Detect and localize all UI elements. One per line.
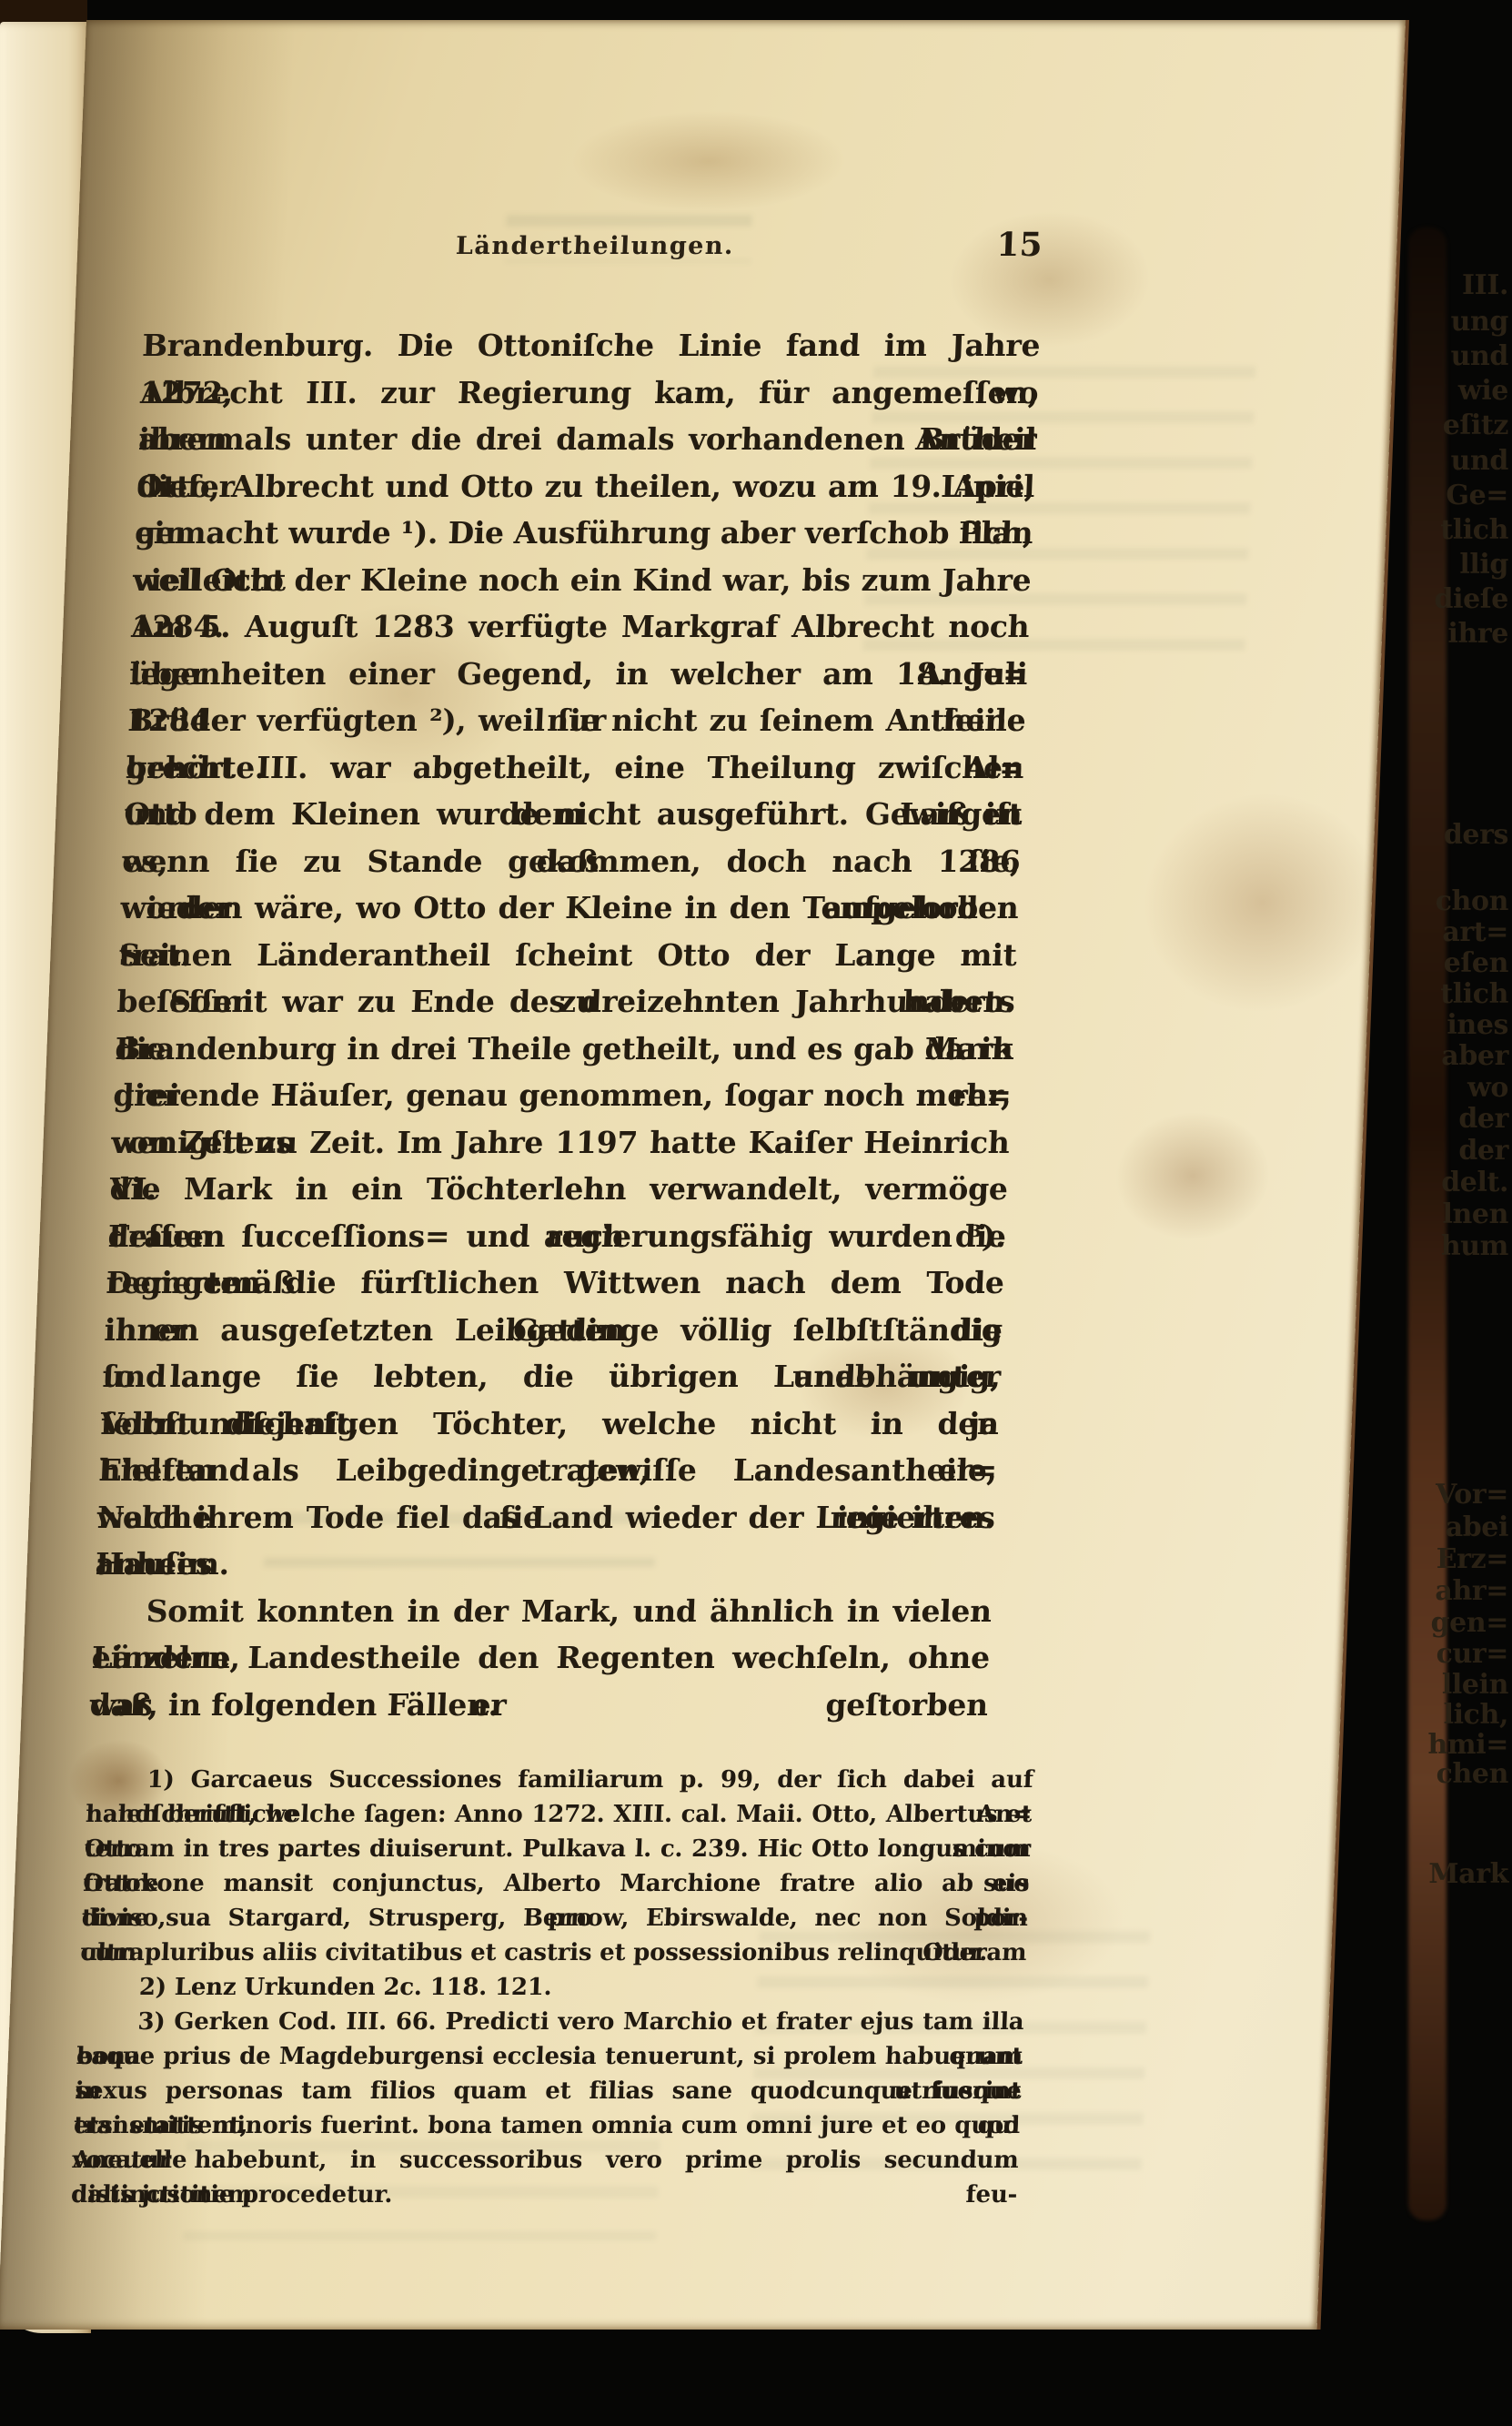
body-line: Nach ihrem Tode fiel das Land wieder der… [96, 1494, 996, 1542]
body-line: worden wäre, wo Otto der Kleine in den T… [120, 884, 1020, 932]
body-line: Somit war zu Ende des dreizehnten Jahrhu… [116, 978, 1016, 1026]
footnote-line: cum pluribus aliis civitatibus et castri… [80, 1936, 1027, 1970]
footnote-line: 1) Garcaeus Successiones familiarum p. 9… [86, 1763, 1033, 1797]
margin-fragment: wo [1467, 1072, 1508, 1104]
running-header: Ländertheilungen. [146, 232, 1044, 260]
margin-fragment: tlich [1440, 978, 1508, 1010]
margin-fragment: abei [1446, 1511, 1508, 1543]
body-line: wenn ſie zu Stande gekommen, doch nach 1… [122, 838, 1022, 885]
margin-fragment: hmi= [1428, 1729, 1509, 1761]
body-line: hielten als Leibgedinge gewiſſe Landesan… [98, 1447, 998, 1494]
body-line: Otto, Albrecht und Otto zu theilen, wozu… [136, 463, 1035, 510]
body-line: einzelne Landestheile den Regenten wechſ… [91, 1634, 991, 1682]
margin-fragment: chen [1436, 1758, 1508, 1790]
body-line: brecht III. war abgetheilt, eine Theilun… [125, 744, 1024, 792]
stain-blob [1114, 1112, 1273, 1239]
body-line: ſelbſt diejenigen Töchter, welche nicht … [100, 1400, 1000, 1448]
body-line: ihnen ausgeſetzten Leibgedinge völlig ſe… [104, 1307, 1003, 1354]
body-line: Albrecht III. zur Regierung kam, für ang… [139, 369, 1039, 417]
margin-fragment: ahr= [1435, 1575, 1508, 1607]
body-line: gierende Häuſer, genau genommen, ſogar n… [113, 1072, 1013, 1119]
margin-fragment: III. [1462, 269, 1508, 301]
body-line: legenheiten einer Gegend, in welcher am … [128, 651, 1028, 698]
body-line: Seinen Länderantheil ſcheint Otto der La… [118, 932, 1018, 979]
body-line: Somit konnten in der Mark, und ähnlich i… [93, 1588, 993, 1635]
margin-fragment: Ge= [1446, 480, 1508, 511]
body-line: Brandenburg. Die Ottoniſche Linie fand i… [141, 322, 1041, 369]
margin-fragment: lich, [1444, 1699, 1508, 1731]
margin-fragment: und [1451, 445, 1508, 477]
page-15: Ländertheilungen. 15 Brandenburg. Die Ot… [0, 20, 1406, 2330]
margin-fragment: ines [1446, 1009, 1508, 1041]
footnote-line: terram in tres partes diuiserunt. Pulkav… [84, 1832, 1031, 1866]
margin-fragment: gen= [1431, 1607, 1508, 1639]
footnote-line: 3) Gerken Cod. III. 66. Predicti vero Ma… [77, 2005, 1024, 2039]
body-line: Am 5. Auguſt 1283 verfügte Markgraf Albr… [130, 603, 1030, 651]
margin-fragment: aber [1441, 1040, 1508, 1072]
stain-blob [570, 111, 847, 211]
margin-fragment: und [1451, 340, 1508, 372]
body-line: Brandenburg in drei Theile getheilt, und… [115, 1026, 1014, 1073]
body-line: und dem Kleinen wurde nicht ausgeführt. … [123, 791, 1023, 838]
margin-fragment: tlich [1440, 514, 1508, 546]
book-cover-corner [0, 0, 87, 24]
stain-blob [1140, 794, 1385, 1012]
footnote-line: etsi etatis minoris fuerint. bona tamen … [73, 2108, 1020, 2143]
margin-fragment: llein [1442, 1669, 1508, 1701]
body-text: Brandenburg. Die Ottoniſche Linie fand i… [89, 322, 1041, 1728]
margin-fragment: hum [1441, 1230, 1508, 1262]
body-line: weil Otto der Kleine noch ein Kind war, … [132, 557, 1032, 604]
body-line: die Mark in ein Töchterlehn verwandelt, … [109, 1166, 1009, 1213]
body-line: Brüder verfügten ²), weil ſie nicht zu ſ… [126, 697, 1026, 744]
margin-fragment: cur= [1436, 1638, 1508, 1670]
body-line: Frauen ſucceſſions= und regierungsfähig … [107, 1213, 1007, 1260]
footnote-line: Ottokone mansit conjunctus, Alberto Marc… [83, 1866, 1030, 1901]
footnote-line: vocatur habebunt, in successoribus vero … [72, 2143, 1019, 2178]
margin-fragment: chon [1436, 885, 1508, 917]
body-line: von Zeit zu Zeit. Im Jahre 1197 hatte Ka… [111, 1119, 1011, 1167]
margin-fragment: ung [1451, 306, 1508, 338]
margin-fragment: wie [1458, 375, 1508, 407]
margin-fragment: ders [1444, 819, 1508, 851]
margin-fragment: Vor= [1436, 1479, 1508, 1511]
margin-fragment: Mark [1428, 1858, 1508, 1890]
margin-fragment: eſen [1444, 947, 1508, 979]
footnote-line: eaque prius de Magdeburgensi ecclesia te… [76, 2039, 1023, 2074]
body-line: gemacht wurde ¹). Die Ausführung aber ve… [134, 510, 1033, 557]
margin-fragment: Erz= [1436, 1543, 1508, 1575]
margin-fragment: dieſe [1435, 583, 1508, 615]
margin-fragment: eſitz [1443, 409, 1508, 441]
margin-fragment: llig [1459, 549, 1508, 581]
body-line: abermals unter die drei damals vorhanden… [137, 416, 1037, 463]
body-line: regierten die fürſtlichen Wittwen nach d… [106, 1259, 1005, 1307]
margin-fragment: delt. [1441, 1167, 1508, 1198]
footnote-line: nalen beruft, welche ſagen: Anno 1272. X… [86, 1797, 1033, 1832]
margin-fragment: lnen [1442, 1198, 1508, 1230]
book-page-scan: III.ungundwieeſitzundGe=tlichlligdieſeih… [0, 0, 1512, 2426]
margin-fragment: der [1458, 1103, 1508, 1135]
footnote-line: sexus personas tam filios quam et filias… [75, 2074, 1022, 2108]
footnote-line: tione sua Stargard, Strusperg, Bernow, E… [81, 1901, 1028, 1936]
margin-fragment: ihre [1447, 618, 1508, 650]
margin-fragment: der [1458, 1135, 1508, 1167]
page-number: 15 [996, 226, 1043, 264]
margin-fragment: art= [1442, 916, 1508, 948]
footnotes: 1) Garcaeus Successiones familiarum p. 9… [70, 1763, 1033, 2212]
body-line: ſo lange ſie lebten, die übrigen Lande u… [102, 1353, 1002, 1400]
